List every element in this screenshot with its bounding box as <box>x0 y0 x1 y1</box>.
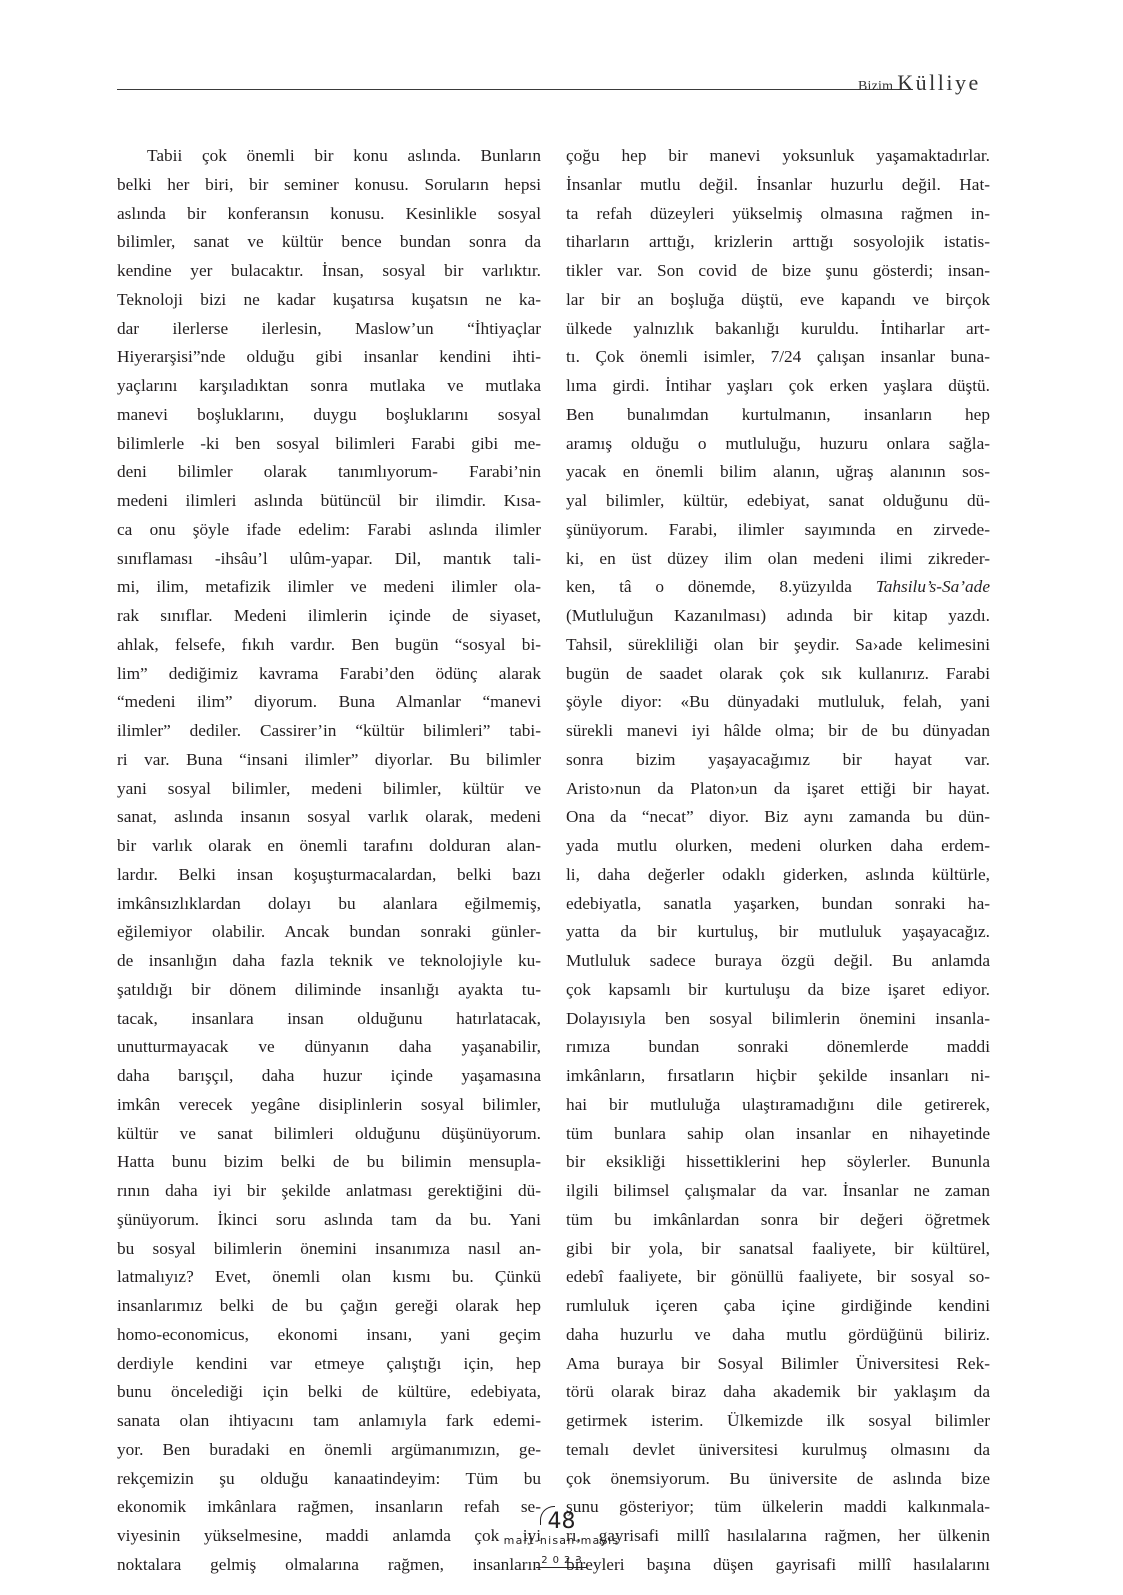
text-line: rak sınıflar. Medeni ilimlerin içinde de… <box>117 602 541 631</box>
text-line: tüm bunlara sahip olan insanlar en nihay… <box>566 1120 990 1149</box>
text-line: çok kapsamlı bir kurtuluşu da bize işare… <box>566 976 990 1005</box>
text-line: ahlak, felsefe, fıkıh vardır. Ben bugün … <box>117 631 541 660</box>
article-column-right: çoğu hep bir manevi yoksunluk yaşamaktad… <box>566 142 990 1580</box>
text-line: kültür ve sanat bilimleri olduğunu düşün… <box>117 1120 541 1149</box>
text-line: şöyle diyor: «Bu dünyadaki mutluluk, fel… <box>566 688 990 717</box>
text-line: manevi boşluklarını, duygu boşluklarını … <box>117 401 541 430</box>
text-line: temalı devlet üniversitesi kurulmuş olma… <box>566 1436 990 1465</box>
text-line: Tabii çok önemli bir konu aslında. Bunla… <box>117 142 541 171</box>
text-line: aramış olduğu o mutluluğu, huzuru onlara… <box>566 430 990 459</box>
text-line: rının daha iyi bir şekilde anlatması ger… <box>117 1177 541 1206</box>
header-rule <box>117 89 913 90</box>
text-line: derdiyle kendini var etmeye çalıştığı iç… <box>117 1350 541 1379</box>
text-line: sürekli manevi iyi hâlde olma; bir de bu… <box>566 717 990 746</box>
text-line: edebiyatla, sanatla yaşarken, bundan son… <box>566 890 990 919</box>
text-line: lıma girdi. İntihar yaşları çok erken ya… <box>566 372 990 401</box>
text-line: “medeni ilim” diyorum. Buna Almanlar “ma… <box>117 688 541 717</box>
text-line: lardır. Belki insan koşuşturmacalardan, … <box>117 861 541 890</box>
text-line: Tahsil, sürekliliği olan bir şeydir. Sa›… <box>566 631 990 660</box>
text-line: ken, tâ o dönemde, 8.yüzyılda Tahsilu’s-… <box>566 573 990 602</box>
text-line: imkânların, fırsatların hiçbir şekilde i… <box>566 1062 990 1091</box>
text-line: homo-economicus, ekonomi insanı, yani ge… <box>117 1321 541 1350</box>
issue-year: 2023 <box>536 1555 586 1568</box>
text-line: ki, en üst düzey ilim olan medeni ilimi … <box>566 545 990 574</box>
text-line: tı. Çok önemli isimler, 7/24 çalışan ins… <box>566 343 990 372</box>
text-line: bugün de saadet olarak çok sık kullanırı… <box>566 660 990 689</box>
text-line: Ben bunalımdan kurtulmanın, insanların h… <box>566 401 990 430</box>
page-footer: 48 mart-nisan-mayıs 2023 <box>0 1510 1123 1568</box>
text-line: Ama buraya bir Sosyal Bilimler Üniversit… <box>566 1350 990 1379</box>
text-line: bilimler, sanat ve kültür bence bundan s… <box>117 228 541 257</box>
text-line: daha barışçıl, daha huzur içinde yaşamas… <box>117 1062 541 1091</box>
text-line: bir varlık olarak en önemli tarafını dol… <box>117 832 541 861</box>
text-line: tüm bu imkânlardan sonra bir değeri öğre… <box>566 1206 990 1235</box>
text-line: unutturmayacak ve dünyanın daha yaşanabi… <box>117 1033 541 1062</box>
text-line: yal bilimler, kültür, edebiyat, sanat ol… <box>566 487 990 516</box>
brand-prefix: Bizim <box>858 79 893 94</box>
text-line: İnsanlar mutlu değil. İnsanlar huzurlu d… <box>566 171 990 200</box>
text-line: aslında bir konferansın konusu. Kesinlik… <box>117 200 541 229</box>
text-line: imkânsızlıklardan dolayı bu alanlara eği… <box>117 890 541 919</box>
text-line: yacak en önemli bilim alanın, uğraş alan… <box>566 458 990 487</box>
arc-ornament-icon <box>540 1506 555 1525</box>
text-line: yani sosyal bilimler, medeni bilimler, k… <box>117 775 541 804</box>
text-line: medeni ilimleri aslında bütüncül bir ili… <box>117 487 541 516</box>
text-line: Mutluluk sadece buraya özgü değil. Bu an… <box>566 947 990 976</box>
text-line: tikler var. Son covid de bize şunu göste… <box>566 257 990 286</box>
text-line: yor. Ben buradaki en önemli argümanımızı… <box>117 1436 541 1465</box>
text-line: çok önemsiyorum. Bu üniversite de aslınd… <box>566 1465 990 1494</box>
text-line: ri var. Buna “insani ilimler” diyorlar. … <box>117 746 541 775</box>
book-title: Tahsilu’s-Sa’ade <box>876 577 990 596</box>
text-line: şünüyorum. Farabi, ilimler sayımında en … <box>566 516 990 545</box>
text-line: tacak, insanlara insan olduğunu hatırlat… <box>117 1005 541 1034</box>
text-line: bu sosyal bilimlerin önemini insanımıza … <box>117 1235 541 1264</box>
text-line: deni bilimler olarak tanımlıyorum- Farab… <box>117 458 541 487</box>
text-line: sanat, aslında insanın sosyal varlık ola… <box>117 803 541 832</box>
text-line: rumluluk içeren çaba içine girdiğinde ke… <box>566 1292 990 1321</box>
text-line: şünüyorum. İkinci soru aslında tam da bu… <box>117 1206 541 1235</box>
text-line: ca onu şöyle ifade edelim: Farabi aslınd… <box>117 516 541 545</box>
text-line: Hiyerarşisi”nde olduğu gibi insanlar ken… <box>117 343 541 372</box>
text-line: insanlarımız belki de bu çağın gereği ol… <box>117 1292 541 1321</box>
text-line: yaçlarını karşıladıktan sonra mutlaka ve… <box>117 372 541 401</box>
text-line: Hatta bunu bizim belki de bu bilimin men… <box>117 1148 541 1177</box>
text-line: ta refah düzeyleri yükselmiş olmasına ra… <box>566 200 990 229</box>
text-line: edebî faaliyete, bir gönüllü faaliyete, … <box>566 1263 990 1292</box>
page-number: 48 <box>548 1510 576 1534</box>
text-line: bir eksikliği hissettiklerini hep söyler… <box>566 1148 990 1177</box>
text-line: sonra bizim yaşayacağımız bir hayat var. <box>566 746 990 775</box>
text-line: rekçemizin şu olduğu kanaatindeyim: Tüm … <box>117 1465 541 1494</box>
article-column-left: Tabii çok önemli bir konu aslında. Bunla… <box>117 142 541 1580</box>
text-line: dar ilerlerse ilerlesin, Maslow’un “İhti… <box>117 315 541 344</box>
text-line: sanata olan ihtiyacını tam anlamıyla far… <box>117 1407 541 1436</box>
text-line: de insanlığın daha fazla teknik ve tekno… <box>117 947 541 976</box>
text-line: latmalıyız? Evet, önemli olan kısmı bu. … <box>117 1263 541 1292</box>
text-line: yatta da bir kurtuluş, bir mutluluk yaşa… <box>566 918 990 947</box>
text-line: bilimlerle -ki ben sosyal bilimleri Fara… <box>117 430 541 459</box>
text-line: sınıflaması -ihsâu’l ulûm-yapar. Dil, ma… <box>117 545 541 574</box>
text-line: hai bir mutluluğa ulaştıramadığını dile … <box>566 1091 990 1120</box>
text-line: daha huzurlu ve daha mutlu gördüğünü bil… <box>566 1321 990 1350</box>
text-line: rımıza bundan sonraki dönemlerde maddi <box>566 1033 990 1062</box>
text-line: getirmek isterim. Ülkemizde ilk sosyal b… <box>566 1407 990 1436</box>
brand-title: Külliye <box>897 70 981 95</box>
text-line: belki her biri, bir seminer konusu. Soru… <box>117 171 541 200</box>
text-line: kendine yer bulacaktır. İnsan, sosyal bi… <box>117 257 541 286</box>
text-line: (Mutluluğun Kazanılması) adında bir kita… <box>566 602 990 631</box>
text-line: yada mutlu olurken, medeni olurken daha … <box>566 832 990 861</box>
text-line: Dolayısıyla ben sosyal bilimlerin önemin… <box>566 1005 990 1034</box>
magazine-brand: BizimKülliye <box>858 70 981 96</box>
text-line: törü olarak biraz daha akademik bir yakl… <box>566 1378 990 1407</box>
text-line: tiharların arttığı, krizlerin arttığı so… <box>566 228 990 257</box>
text-line: ülkede yalnızlık bakanlığı kuruldu. İnti… <box>566 315 990 344</box>
text-line: gibi bir yola, bir sanatsal faaliyete, b… <box>566 1235 990 1264</box>
text-line: Teknoloji bizi ne kadar kuşatırsa kuşats… <box>117 286 541 315</box>
text-line: çoğu hep bir manevi yoksunluk yaşamaktad… <box>566 142 990 171</box>
text-line: lar bir an boşluğa düştü, eve kapandı ve… <box>566 286 990 315</box>
text-line: şatıldığı bir dönem diliminde insanlığı … <box>117 976 541 1005</box>
text-line: imkân verecek yegâne disiplinlerin sosya… <box>117 1091 541 1120</box>
text-line: bunu öncelediği için belki de kültüre, e… <box>117 1378 541 1407</box>
text-line: Aristo›nun da Platon›un da işaret ettiği… <box>566 775 990 804</box>
text-line: ilgili bilimsel çalışmalar da var. İnsan… <box>566 1177 990 1206</box>
text-line: mi, ilim, metafizik ilimler ve medeni il… <box>117 573 541 602</box>
text-line: ilimler” dediler. Cassirer’in “kültür bi… <box>117 717 541 746</box>
text-line: eğilemiyor olabilir. Ancak bundan sonrak… <box>117 918 541 947</box>
text-line: li, daha değerler odaklı giderken, aslın… <box>566 861 990 890</box>
issue-months: mart-nisan-mayıs <box>0 1534 1123 1548</box>
text-line: lim” dediğimiz kavrama Farabi’den ödünç … <box>117 660 541 689</box>
text-line: Ona da “necat” diyor. Biz aynı zamanda b… <box>566 803 990 832</box>
